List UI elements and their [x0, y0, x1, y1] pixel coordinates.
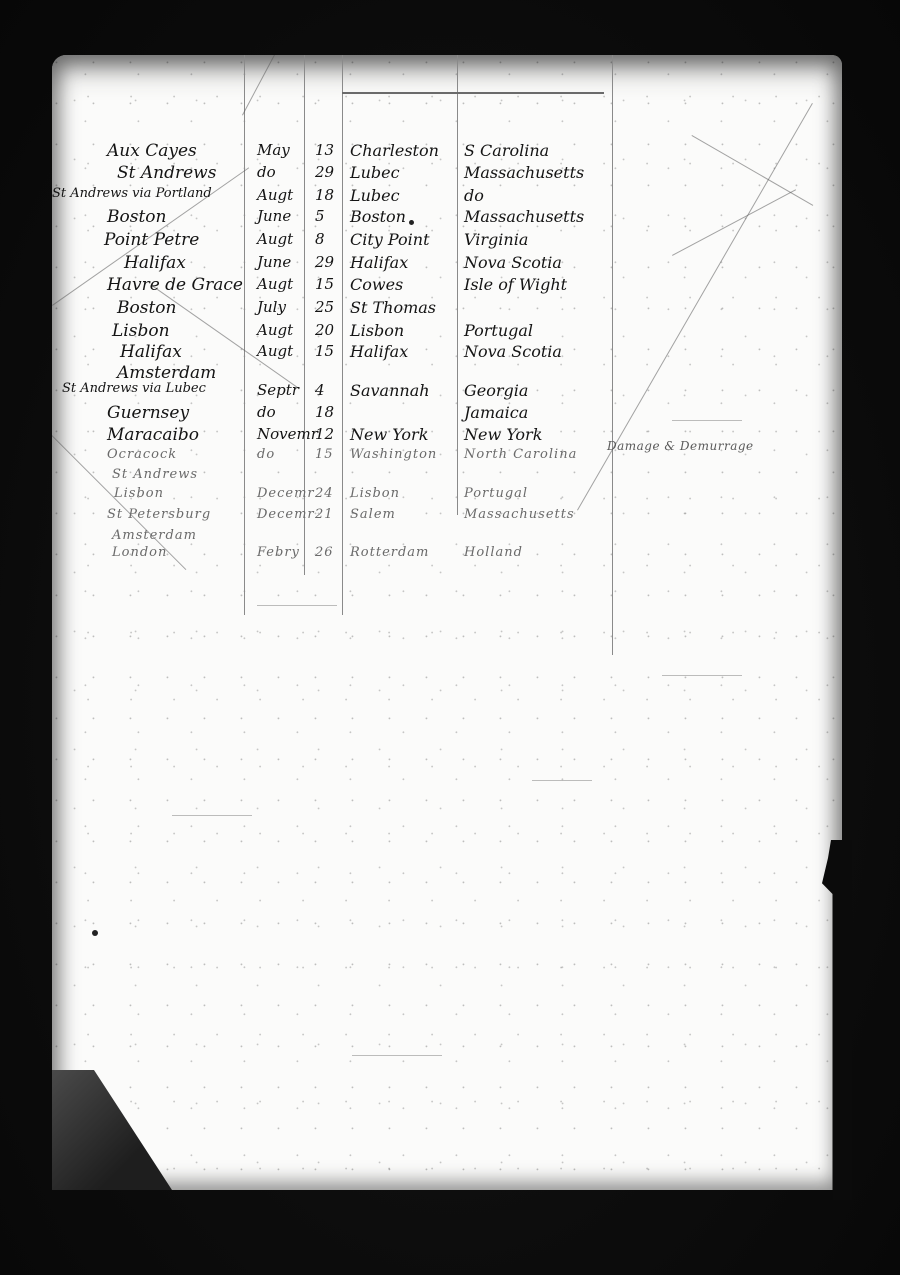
port-name: St Andrews via Lubec — [62, 381, 206, 396]
faint-mark — [672, 420, 742, 421]
from-port: Lisbon — [350, 321, 404, 340]
from-port: Halifax — [350, 253, 408, 272]
port-name: Havre de Grace — [107, 275, 243, 295]
port-name: St Andrews — [117, 163, 216, 183]
month: Febry — [257, 545, 300, 560]
port-name: St Andrews — [112, 467, 198, 482]
day: 18 — [315, 186, 334, 204]
from-port: Cowes — [350, 275, 403, 294]
port-name: Point Petre — [104, 230, 199, 250]
day: 29 — [315, 253, 334, 271]
month: Augt — [257, 186, 293, 204]
state-or-country: Isle of Wight — [464, 275, 567, 294]
faint-mark — [532, 780, 592, 781]
from-port: Rotterdam — [350, 545, 429, 560]
pencil-line — [692, 135, 814, 206]
column-rule — [244, 55, 245, 615]
from-port: Charleston — [350, 141, 439, 160]
month: June — [257, 253, 291, 271]
month: Septr — [257, 381, 299, 399]
from-port: Salem — [350, 507, 396, 522]
margin-note: Damage & Demurrage — [607, 439, 754, 453]
month: Decemr — [257, 486, 315, 501]
faint-mark — [257, 605, 337, 606]
port-name: Amsterdam — [117, 363, 216, 383]
month: Novemr — [257, 425, 318, 443]
day: 25 — [315, 298, 334, 316]
port-name: Halifax — [120, 342, 182, 362]
from-port: Lubec — [350, 163, 400, 182]
month: do — [257, 163, 276, 181]
month: Augt — [257, 342, 293, 360]
state-or-country: New York — [464, 425, 542, 444]
day: 29 — [315, 163, 334, 181]
port-name: Aux Cayes — [107, 141, 197, 161]
month: Augt — [257, 321, 293, 339]
day: 24 — [315, 486, 334, 501]
state-or-country: Massachusetts — [464, 163, 584, 182]
port-name: Ocracock — [107, 447, 177, 462]
day: 15 — [315, 447, 334, 462]
state-or-country: Massachusetts — [464, 507, 575, 522]
port-name: Guernsey — [107, 403, 189, 423]
state-or-country: Holland — [464, 545, 523, 560]
pencil-line — [672, 189, 796, 256]
from-port: New York — [350, 425, 428, 444]
month: Augt — [257, 275, 293, 293]
faint-mark — [352, 1055, 442, 1056]
state-or-country: do — [464, 186, 484, 205]
pencil-line — [242, 55, 496, 115]
day: 5 — [315, 207, 325, 225]
day: 26 — [315, 545, 334, 560]
day: 13 — [315, 141, 334, 159]
month: July — [257, 298, 286, 316]
port-name: St Petersburg — [107, 507, 211, 522]
faint-mark — [172, 815, 252, 816]
port-name: Boston — [107, 207, 166, 227]
from-port: Washington — [350, 447, 437, 462]
column-rule — [342, 55, 343, 615]
from-port: Lubec — [350, 186, 400, 205]
ink-blot — [92, 930, 98, 936]
day: 15 — [315, 275, 334, 293]
port-name: London — [112, 545, 167, 560]
month: Decemr — [257, 507, 315, 522]
column-rule — [457, 55, 458, 515]
state-or-country: North Carolina — [464, 447, 577, 462]
state-or-country: Virginia — [464, 230, 528, 249]
month: Augt — [257, 230, 293, 248]
port-name: Amsterdam — [112, 528, 197, 543]
month: June — [257, 207, 291, 225]
from-port: Halifax — [350, 342, 408, 361]
port-name: St Andrews via Portland — [52, 186, 212, 201]
from-port: City Point — [350, 230, 430, 249]
state-or-country: Georgia — [464, 381, 528, 400]
from-port: Lisbon — [350, 486, 400, 501]
ink-blot — [409, 220, 414, 225]
port-name: Boston — [117, 298, 176, 318]
state-or-country: Nova Scotia — [464, 253, 562, 272]
port-name: Maracaibo — [107, 425, 199, 445]
state-or-country: Massachusetts — [464, 207, 584, 226]
from-port: Boston — [350, 207, 406, 226]
day: 4 — [315, 381, 325, 399]
faint-mark — [662, 675, 742, 676]
state-or-country: Portugal — [464, 321, 533, 340]
port-name: Lisbon — [114, 486, 164, 501]
state-or-country: Portugal — [464, 486, 528, 501]
month: do — [257, 403, 276, 421]
port-name: Halifax — [124, 253, 186, 273]
day: 20 — [315, 321, 334, 339]
day: 8 — [315, 230, 325, 248]
from-port: St Thomas — [350, 298, 436, 317]
header-rule — [342, 92, 604, 94]
port-name: Lisbon — [112, 321, 170, 341]
column-rule — [612, 55, 613, 655]
month: do — [257, 447, 275, 462]
state-or-country: Nova Scotia — [464, 342, 562, 361]
day: 21 — [315, 507, 334, 522]
state-or-country: S Carolina — [464, 141, 549, 160]
day: 18 — [315, 403, 334, 421]
from-port: Savannah — [350, 381, 430, 400]
day: 12 — [315, 425, 334, 443]
day: 15 — [315, 342, 334, 360]
ledger-page: Aux CayesMay13CharlestonS CarolinaSt And… — [52, 55, 842, 1190]
state-or-country: Jamaica — [464, 403, 528, 422]
month: May — [257, 141, 290, 159]
